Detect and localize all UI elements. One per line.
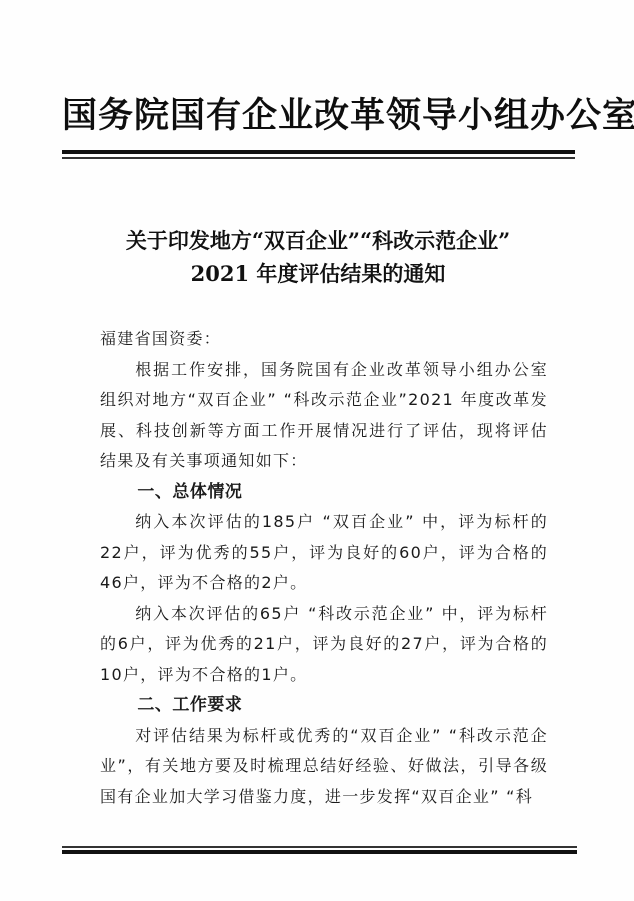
- section-heading-overview: 一、总体情况: [100, 477, 548, 508]
- issuer-header: 国务院国有企业改革领导小组办公室: [62, 94, 574, 138]
- document-body: 福建省国资委： 根据工作安排，国务院国有企业改革领导小组办公室组织对地方“双百企…: [100, 324, 548, 812]
- footer-rule-thin: [62, 846, 577, 848]
- requirements-paragraph: 对评估结果为标杆或优秀的“双百企业” “科改示范企业”，有关地方要及时梳理总结好…: [100, 721, 548, 813]
- section-heading-requirements: 二、工作要求: [100, 690, 548, 721]
- footer-rule-thick: [62, 850, 577, 854]
- overview-paragraph-shuangbai: 纳入本次评估的185户 “双百企业” 中，评为标杆的22户，评为优秀的55户，评…: [100, 507, 548, 599]
- recipient-line: 福建省国资委：: [100, 324, 548, 355]
- intro-paragraph: 根据工作安排，国务院国有企业改革领导小组办公室组织对地方“双百企业” “科改示范…: [100, 355, 548, 477]
- header-rule-thin: [62, 157, 575, 159]
- overview-paragraph-kegai: 纳入本次评估的65户 “科改示范企业” 中，评为标杆的6户，评为优秀的21户，评…: [100, 599, 548, 691]
- document-page: 国务院国有企业改革领导小组办公室 关于印发地方“双百企业”“科改示范企业” 20…: [0, 0, 634, 901]
- header-rule-thick: [62, 150, 575, 154]
- notice-title-line-2: 2021 年度评估结果的通知: [62, 257, 574, 290]
- notice-title-line-1: 关于印发地方“双百企业”“科改示范企业”: [62, 224, 574, 257]
- notice-title: 关于印发地方“双百企业”“科改示范企业” 2021 年度评估结果的通知: [62, 224, 574, 290]
